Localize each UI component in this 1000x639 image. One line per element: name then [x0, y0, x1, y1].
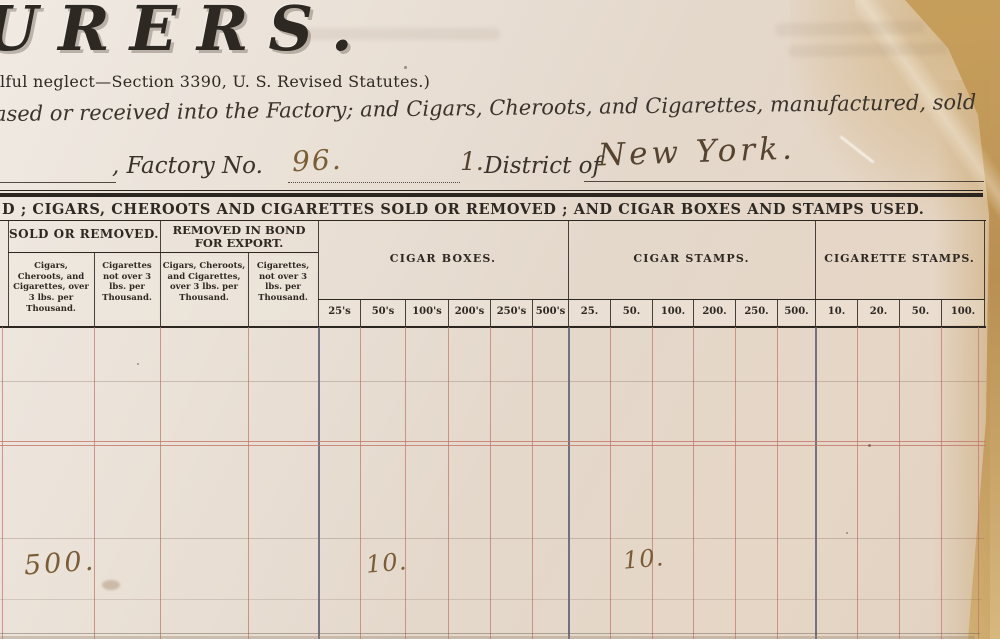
column-label-boxes-100s: 100's — [406, 300, 448, 325]
grid-red-line — [360, 327, 361, 639]
grid-red-line — [735, 327, 736, 639]
grid-red-rule — [0, 445, 986, 446]
table-banner: D ; CIGARS, CHEROOTS AND CIGARETTES SOLD… — [2, 201, 924, 218]
district-underline — [584, 181, 984, 182]
masthead-title-fragment: URERS. — [0, 0, 373, 65]
column-label-cig-stamps-50: 50. — [900, 300, 941, 325]
grid-red-line — [610, 327, 611, 639]
grid-red-line — [941, 327, 942, 639]
header-bottom-rule — [0, 326, 986, 328]
grid-red-line — [978, 327, 979, 639]
grid-red-line — [490, 327, 491, 639]
column-label-stamps-500: 500. — [778, 300, 815, 325]
column-label-stamps-50: 50. — [611, 300, 652, 325]
column-label-boxes-50s: 50's — [361, 300, 405, 325]
group-title-cigar-boxes: CIGAR BOXES. — [318, 253, 568, 265]
grid-faint-rule — [0, 538, 984, 539]
column-label-cig-stamps-10: 10. — [816, 300, 857, 325]
district-name-value: New York. — [597, 131, 796, 174]
table-top-rule-thin — [0, 190, 983, 191]
banner-bottom-rule — [0, 220, 986, 221]
factory-number-value: 96. — [291, 143, 343, 179]
column-label-stamps-250: 250. — [736, 300, 777, 325]
statute-line: lful neglect—Section 3390, U. S. Revised… — [0, 72, 430, 91]
ink-speck — [404, 66, 407, 69]
column-label-bond-cigarettes: Cigarettes, not over 3 lbs. per Thousand… — [250, 256, 316, 320]
district-number-value: 1. — [460, 147, 484, 176]
grid-red-line — [532, 327, 533, 639]
factory-label: , Factory No. — [112, 153, 263, 179]
grid-red-line — [2, 327, 3, 639]
header-border — [160, 221, 161, 327]
column-label-sold-cigarettes: Cigarettes not over 3 lbs. per Thousand. — [96, 256, 158, 320]
grid-faint-rule — [0, 599, 982, 600]
bleedthrough-smudge — [775, 21, 925, 37]
grid-red-line — [160, 327, 161, 639]
group-title-rule — [8, 252, 318, 253]
table-top-rule-thick — [0, 193, 983, 197]
grid-red-line — [693, 327, 694, 639]
group-title-cigar-stamps: CIGAR STAMPS. — [568, 253, 815, 265]
grid-blue-line — [318, 327, 320, 639]
grid-blue-line — [568, 327, 570, 639]
column-label-stamps-25: 25. — [569, 300, 610, 325]
entry-cigar-stamps-value: 10. — [622, 543, 665, 574]
ink-speck — [846, 532, 848, 534]
column-label-boxes-500s: 500's — [533, 300, 568, 325]
header-subdivider — [248, 252, 249, 327]
factory-number-underline — [288, 182, 460, 183]
column-label-sold-cigars: Cigars, Cheroots, and Cigarettes, over 3… — [10, 256, 92, 320]
column-label-boxes-25s: 25's — [319, 300, 360, 325]
grid-red-line — [652, 327, 653, 639]
grid-red-line — [405, 327, 406, 639]
column-label-boxes-200s: 200's — [449, 300, 490, 325]
grid-blue-line — [815, 327, 817, 639]
paper-stain — [102, 580, 120, 590]
grid-faint-rule — [0, 381, 986, 382]
column-label-stamps-100: 100. — [653, 300, 693, 325]
grid-red-rule — [0, 441, 986, 442]
entry-cigar-boxes-value: 10. — [365, 547, 408, 578]
blank-underline — [0, 182, 116, 183]
district-label: District of — [484, 153, 601, 179]
grid-red-line — [899, 327, 900, 639]
header-border — [984, 221, 985, 327]
column-label-cig-stamps-20: 20. — [858, 300, 899, 325]
entry-sold-or-removed-value: 500. — [23, 546, 97, 582]
column-label-stamps-200: 200. — [694, 300, 735, 325]
group-title-sold-or-removed: SOLD OR REMOVED. — [8, 228, 160, 241]
grid-red-line — [94, 327, 95, 639]
grid-faint-rule — [0, 633, 980, 634]
header-subdivider — [94, 252, 95, 327]
column-label-bond-cigars: Cigars, Cheroots, and Cigarettes, over 3… — [162, 256, 246, 320]
ink-speck — [137, 363, 139, 365]
column-label-cig-stamps-100: 100. — [942, 300, 984, 325]
ink-speck — [868, 444, 871, 447]
grid-red-line — [248, 327, 249, 639]
grid-red-line — [777, 327, 778, 639]
group-title-cigarette-stamps: CIGARETTE STAMPS. — [815, 253, 984, 265]
column-label-boxes-250s: 250's — [491, 300, 532, 325]
grid-red-line — [857, 327, 858, 639]
scanned-document: URERS. lful neglect—Section 3390, U. S. … — [0, 0, 1000, 639]
group-title-removed-in-bond: REMOVED IN BOND FOR EXPORT. — [162, 224, 316, 250]
grid-red-line — [448, 327, 449, 639]
